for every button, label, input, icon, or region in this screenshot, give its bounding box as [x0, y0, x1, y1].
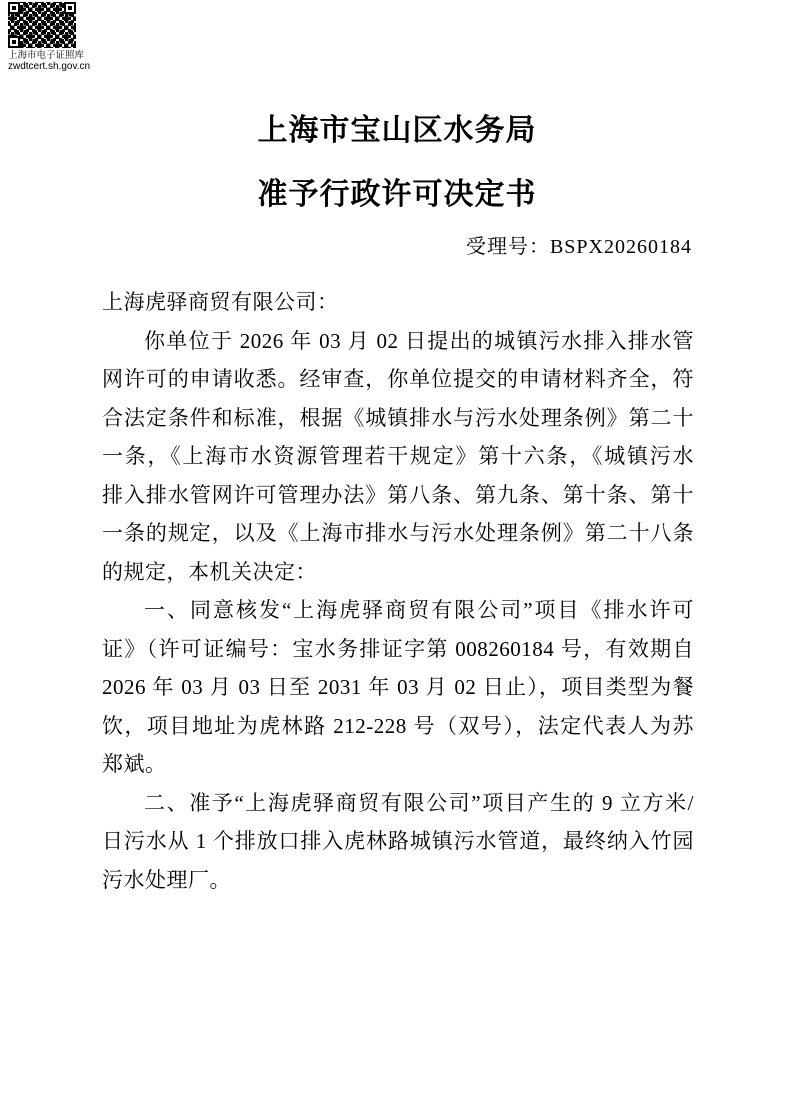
document-body: 上海虎驿商贸有限公司： 你单位于 2026 年 03 月 02 日提出的城镇污水… [102, 283, 694, 899]
qr-finder-top-right-icon [64, 2, 76, 14]
document-title-authority: 上海市宝山区水务局 [0, 114, 794, 148]
qr-finder-top-left-icon [8, 2, 20, 14]
case-number-value: BSPX20260184 [550, 236, 692, 258]
paragraph-1-line: 网许可的申请收悉。经审查，你单位提交的申请材料齐全，符 [102, 360, 694, 399]
paragraph-2-line: 饮，项目地址为虎林路 212-228 号（双号），法定代表人为苏 [102, 707, 694, 746]
paragraph-2-line: 证》（许可证编号：宝水务排证字第 008260184 号，有效期自 [102, 630, 694, 669]
paragraph-1-line: 合法定条件和标准，根据《城镇排水与污水处理条例》第二十 [102, 399, 694, 438]
qr-finder-bottom-left-icon [8, 36, 20, 48]
qr-code [8, 2, 76, 48]
salutation: 上海虎驿商贸有限公司： [102, 283, 694, 322]
paragraph-3-line: 日污水从 1 个排放口排入虎林路城镇污水管道，最终纳入竹园 [102, 822, 694, 861]
qr-caption-url: zwdtcert.sh.gov.cn [8, 61, 128, 72]
paragraph-1-line: 你单位于 2026 年 03 月 02 日提出的城镇污水排入排水管 [102, 322, 694, 361]
paragraph-3-line: 二、准予“上海虎驿商贸有限公司”项目产生的 9 立方米/ [102, 784, 694, 823]
paragraph-1-line: 一条的规定，以及《上海市排水与污水处理条例》第二十八条 [102, 514, 694, 553]
paragraph-1-line: 排入排水管网许可管理办法》第八条、第九条、第十条、第十 [102, 476, 694, 515]
paragraph-2-line: 郑斌。 [102, 745, 694, 784]
document-title-type: 准予行政许可决定书 [0, 178, 794, 212]
qr-code-block: 上海市电子证照库 zwdtcert.sh.gov.cn [8, 2, 128, 72]
permit-decision-page: 上海市电子证照库 zwdtcert.sh.gov.cn 上海市宝山区水务局 准予… [0, 0, 794, 1093]
paragraph-1-line: 一条，《上海市水资源管理若干规定》第十六条，《城镇污水 [102, 437, 694, 476]
paragraph-2-line: 2026 年 03 月 03 日至 2031 年 03 月 02 日止），项目类… [102, 668, 694, 707]
paragraph-3-line: 污水处理厂。 [102, 861, 694, 900]
case-number-label: 受理号： [466, 236, 550, 258]
qr-caption-library: 上海市电子证照库 [8, 50, 128, 61]
paragraph-2-line: 一、同意核发“上海虎驿商贸有限公司”项目《排水许可 [102, 591, 694, 630]
case-number-line: 受理号：BSPX20260184 [466, 234, 692, 260]
paragraph-1-line: 的规定，本机关决定： [102, 553, 694, 592]
